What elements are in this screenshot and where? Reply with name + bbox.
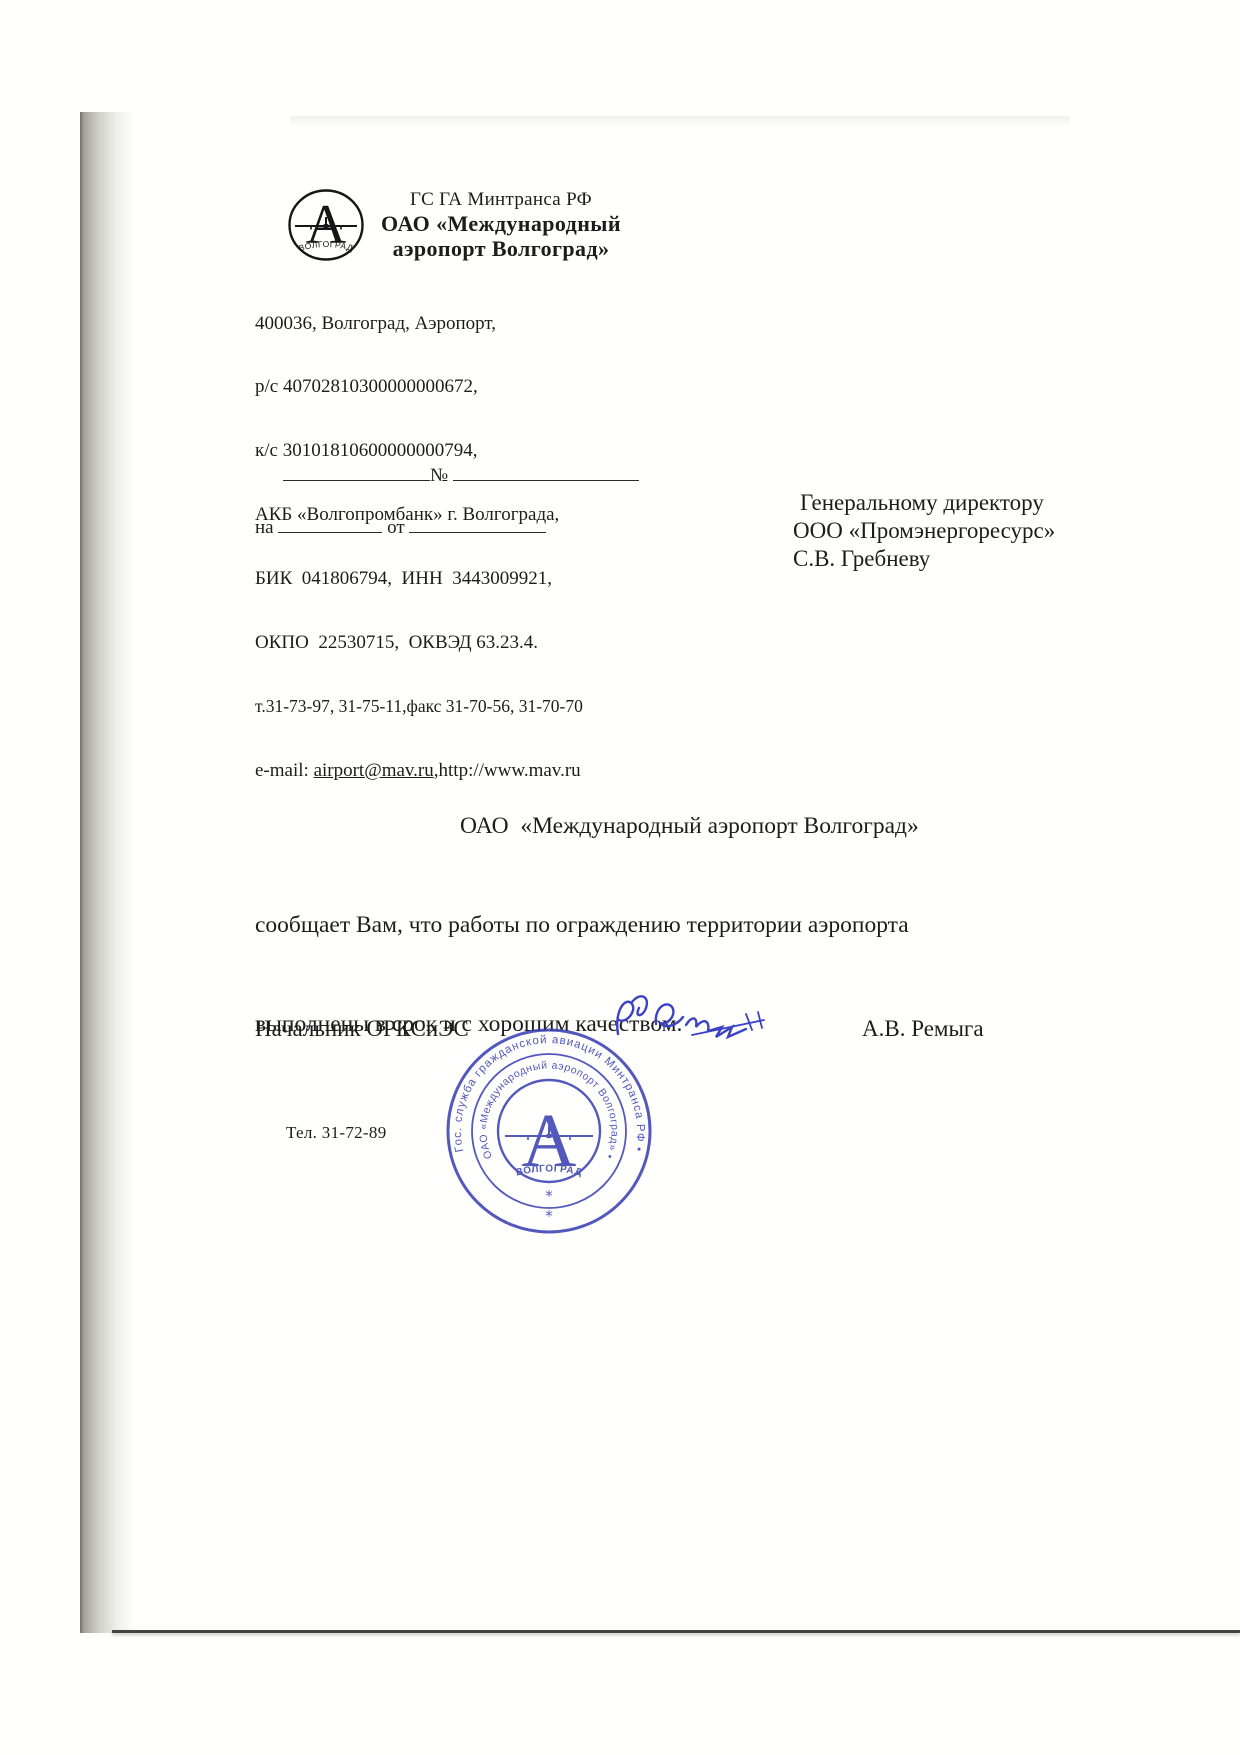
- blank-line: [453, 463, 639, 481]
- contact-phone: Тел. 31-72-89: [286, 1123, 387, 1143]
- scan-edge-left-shadow: [80, 112, 134, 1633]
- outgoing-number-line: №: [283, 463, 639, 487]
- recipient-block: Генеральному директору ООО «Промэнергоре…: [793, 489, 1055, 573]
- address-line: 400036, Волгоград, Аэропорт,: [255, 313, 583, 334]
- signature-position-label: Начальник ОРКСиЭС: [255, 1016, 469, 1042]
- na-label: на: [255, 517, 274, 538]
- body-line: сообщает Вам, что работы по ограждению т…: [255, 909, 919, 942]
- round-stamp: Гос. служба гражданской авиации Минтранс…: [442, 1024, 656, 1238]
- org-name-line1: ОАО «Международный: [358, 211, 644, 236]
- airplane-icon: [505, 1126, 593, 1140]
- blank-line: [283, 463, 430, 481]
- scan-edge-bottom-line: [112, 1630, 1240, 1633]
- scanned-letter-page: А ВОЛГОГРАД ГС ГА Минтранса РФ ОАО «Межд…: [0, 0, 1240, 1755]
- airplane-icon: [295, 217, 357, 230]
- signature-name: А.В. Ремыга: [862, 1016, 984, 1042]
- blank-line: [409, 515, 546, 533]
- letterhead-titles: ГС ГА Минтранса РФ ОАО «Международный аэ…: [358, 189, 644, 261]
- recipient-company: ООО «Промэнергоресурс»: [793, 517, 1055, 545]
- scan-edge-top-shadow: [290, 116, 1070, 127]
- phone-line: т.31-73-97, 31-75-11,факс 31-70-56, 31-7…: [255, 696, 583, 717]
- ot-label: от: [387, 517, 405, 538]
- address-line: к/с 30101810600000000794,: [255, 440, 583, 461]
- stamp-star: *: [545, 1187, 553, 1205]
- reply-reference-line: на от: [255, 515, 546, 539]
- org-name-line2: аэропорт Волгоград»: [358, 236, 644, 261]
- address-line: ОКПО 22530715, ОКВЭД 63.23.4.: [255, 632, 583, 653]
- address-line: р/с 40702810300000000672,: [255, 376, 583, 397]
- airport-logo-icon: А ВОЛГОГРАД: [287, 188, 365, 262]
- stamp-star: *: [545, 1207, 553, 1225]
- recipient-title: Генеральному директору: [793, 489, 1055, 517]
- address-line: БИК 041806794, ИНН 3443009921,: [255, 568, 583, 589]
- requisites-block: 400036, Волгоград, Аэропорт, р/с 4070281…: [255, 270, 583, 824]
- body-line: ОАО «Международный аэропорт Волгоград»: [255, 810, 919, 843]
- blank-line: [278, 515, 382, 533]
- recipient-person: С.В. Гребневу: [793, 545, 1055, 573]
- number-sign-label: №: [430, 465, 448, 486]
- ministry-line: ГС ГА Минтранса РФ: [358, 189, 644, 211]
